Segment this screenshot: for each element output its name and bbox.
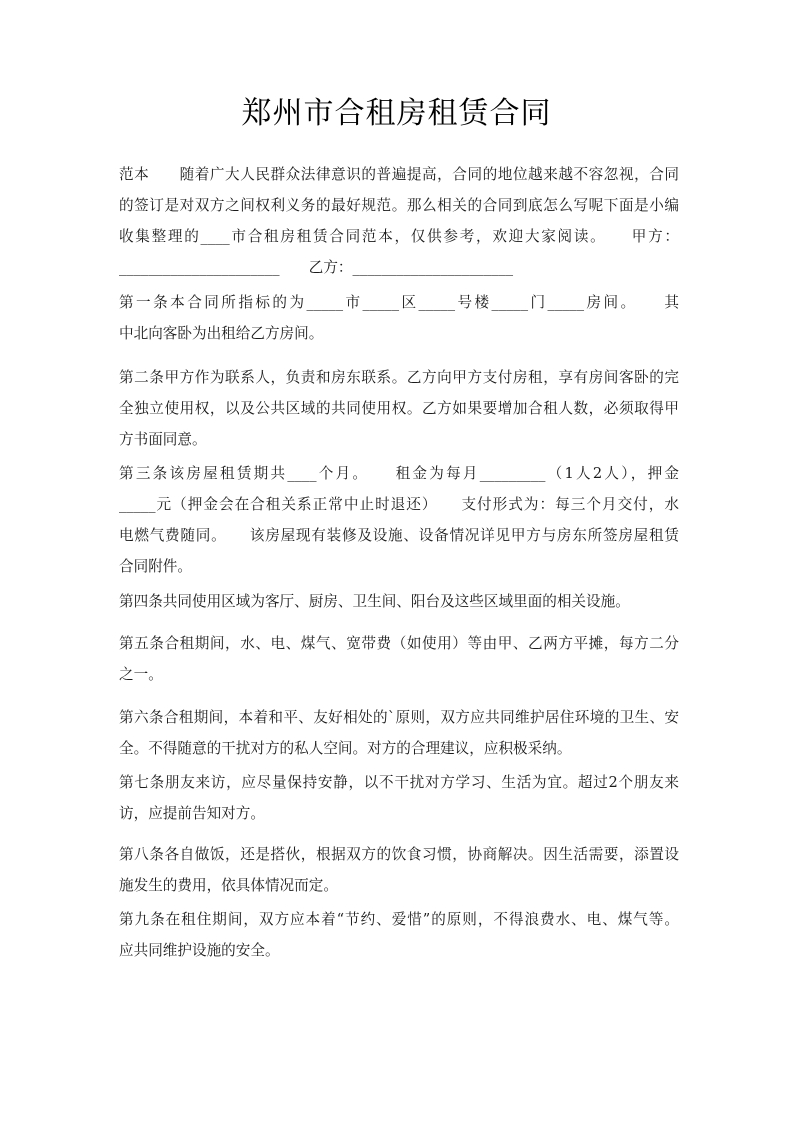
document-page: 郑州市合租房租赁合同 范本 随着广大人民群众法律意识的普遍提高，合同的地位越来越… — [0, 0, 793, 1122]
article-2-paragraph: 第二条甲方作为联系人，负责和房东联系。乙方向甲方支付房租，享有房间客卧的完 全独… — [119, 362, 679, 455]
text-line: 第五条合租期间，水、电、煤气、宽带费（如使用）等由甲、乙两方平摊，每方二分 — [119, 628, 679, 659]
text-line: 施发生的费用，依具体情况而定。 — [119, 870, 679, 901]
text-line: 中北向客卧为出租给乙方房间。 — [119, 318, 679, 349]
text-line: 第一条本合同所指标的为_____市_____区_____号楼_____门____… — [119, 287, 679, 318]
article-6-paragraph: 第六条合租期间，本着和平、友好相处的`原则，双方应共同维护居住环境的卫生、安 全… — [119, 702, 679, 764]
text-line: 合同附件。 — [119, 551, 679, 582]
text-line: 第八条各自做饭，还是搭伙，根据双方的饮食习惯，协商解决。因生活需要，添置设 — [119, 839, 679, 870]
article-9-paragraph: 第九条在租住期间，双方应本着“节约、爱惜”的原则，不得浪费水、电、煤气等。 应共… — [119, 904, 679, 966]
intro-paragraph: 范本 随着广大人民群众法律意识的普遍提高，合同的地位越来越不容忽视，合同 的签订… — [119, 159, 679, 283]
article-1-paragraph: 第一条本合同所指标的为_____市_____区_____号楼_____门____… — [119, 287, 679, 349]
text-line: 应共同维护设施的安全。 — [119, 935, 679, 966]
text-line: 全独立使用权，以及公共区域的共同使用权。乙方如果要增加合租人数，必须取得甲 — [119, 393, 679, 424]
text-line: 第二条甲方作为联系人，负责和房东联系。乙方向甲方支付房租，享有房间客卧的完 — [119, 362, 679, 393]
text-line: 收集整理的____市合租房租赁合同范本，仅供参考，欢迎大家阅读。 甲方： — [119, 221, 679, 252]
text-line: 方书面同意。 — [119, 424, 679, 455]
signature-blanks-line: ______________________ 乙方：______________… — [119, 252, 679, 283]
article-8-paragraph: 第八条各自做饭，还是搭伙，根据双方的饮食习惯，协商解决。因生活需要，添置设 施发… — [119, 839, 679, 901]
text-line: 第七条朋友来访，应尽量保持安静，以不干扰对方学习、生活为宜。超过2个朋友来 — [119, 767, 679, 798]
text-line: 全。不得随意的干扰对方的私人空间。对方的合理建议，应积极采纳。 — [119, 733, 679, 764]
text-line: 第四条共同使用区域为客厅、厨房、卫生间、阳台及这些区域里面的相关设施。 — [119, 586, 679, 617]
text-line: 之一。 — [119, 659, 679, 690]
text-line: 第九条在租住期间，双方应本着“节约、爱惜”的原则，不得浪费水、电、煤气等。 — [119, 904, 679, 935]
article-4-paragraph: 第四条共同使用区域为客厅、厨房、卫生间、阳台及这些区域里面的相关设施。 — [119, 586, 679, 617]
text-line: 的签订是对双方之间权利义务的最好规范。那么相关的合同到底怎么写呢下面是小编 — [119, 190, 679, 221]
article-5-paragraph: 第五条合租期间，水、电、煤气、宽带费（如使用）等由甲、乙两方平摊，每方二分 之一… — [119, 628, 679, 690]
document-title: 郑州市合租房租赁合同 — [0, 92, 793, 136]
text-line: _____元（押金会在合租关系正常中止时退还） 支付形式为：每三个月交付，水 — [119, 489, 679, 520]
text-line: 范本 随着广大人民群众法律意识的普遍提高，合同的地位越来越不容忽视，合同 — [119, 159, 679, 190]
text-line: 访，应提前告知对方。 — [119, 798, 679, 829]
text-line: 电燃气费随同。 该房屋现有装修及设施、设备情况详见甲方与房东所签房屋租赁 — [119, 520, 679, 551]
text-line: 第三条该房屋租赁期共____个月。 租金为每月_________（1人2人），押… — [119, 458, 679, 489]
article-3-paragraph: 第三条该房屋租赁期共____个月。 租金为每月_________（1人2人），押… — [119, 458, 679, 582]
article-7-paragraph: 第七条朋友来访，应尽量保持安静，以不干扰对方学习、生活为宜。超过2个朋友来 访，… — [119, 767, 679, 829]
text-line: 第六条合租期间，本着和平、友好相处的`原则，双方应共同维护居住环境的卫生、安 — [119, 702, 679, 733]
